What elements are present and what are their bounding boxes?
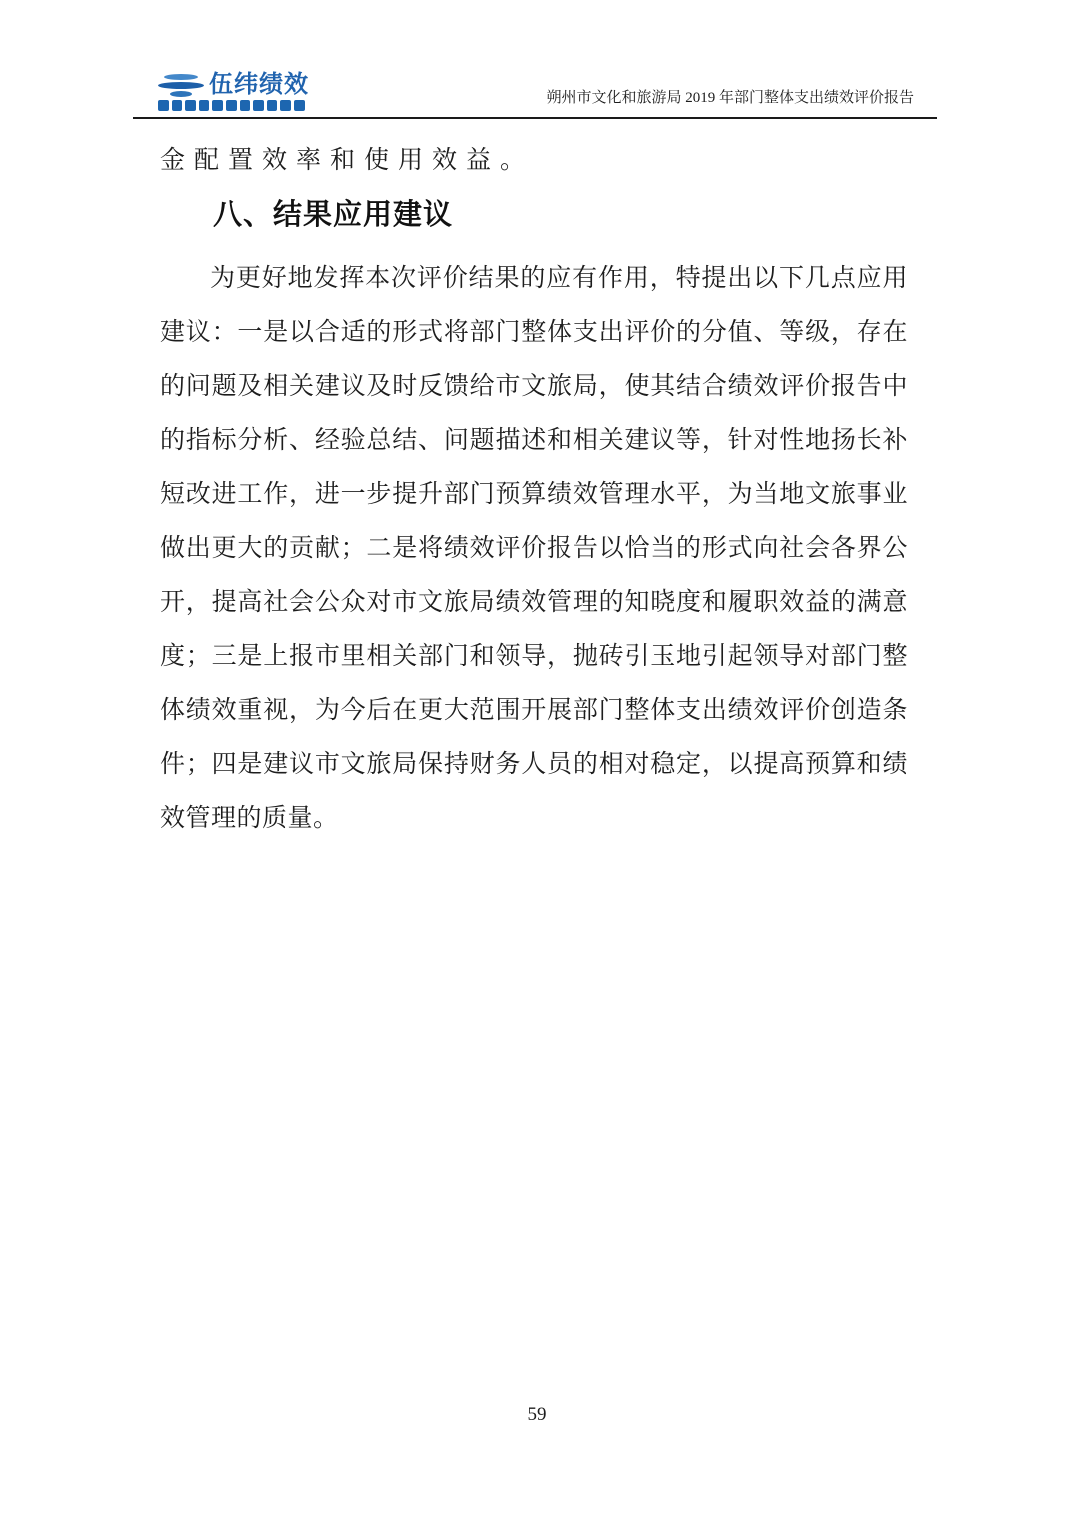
logo-tagline-square [199, 100, 210, 111]
logo-tagline-square [172, 100, 183, 111]
section-heading: 八、结果应用建议 [160, 188, 908, 242]
paragraph-continuation-line: 金配置效率和使用效益。 [160, 134, 908, 188]
document-page: 伍纬绩效 朔州市文化和旅游局 2019 年部门整体支出绩效评价报告 金配置效率和… [0, 0, 1074, 1520]
logo-tagline-square [212, 100, 223, 111]
header-divider [133, 117, 937, 119]
logo-tagline-squares [158, 100, 310, 111]
document-body: 金配置效率和使用效益。 八、结果应用建议 为更好地发挥本次评价结果的应有作用，特… [160, 134, 908, 846]
logo-bars-icon [158, 74, 204, 97]
report-header-title: 朔州市文化和旅游局 2019 年部门整体支出绩效评价报告 [546, 89, 914, 107]
page-number: 59 [0, 1403, 1074, 1427]
logo-tagline-square [240, 100, 251, 111]
logo-tagline-square [294, 100, 305, 111]
logo-tagline-square [253, 100, 264, 111]
company-logo: 伍纬绩效 [158, 73, 310, 111]
logo-tagline-square [185, 100, 196, 111]
logo-tagline-square [280, 100, 291, 111]
logo-tagline-square [158, 100, 169, 111]
logo-text: 伍纬绩效 [209, 73, 309, 97]
logo-tagline-square [226, 100, 237, 111]
body-paragraph: 为更好地发挥本次评价结果的应有作用，特提出以下几点应用建议：一是以合适的形式将部… [160, 252, 908, 846]
logo-tagline-square [267, 100, 278, 111]
